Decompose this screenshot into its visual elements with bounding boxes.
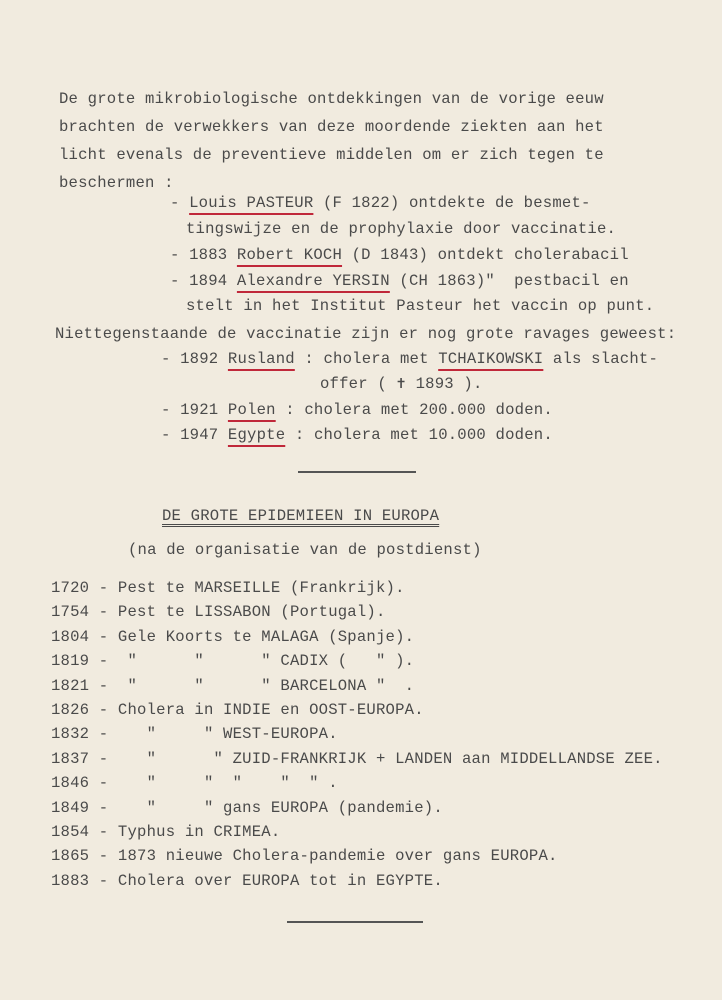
discovery-continuation: stelt in het Institut Pasteur het vaccin… (186, 296, 654, 316)
separator: - (89, 603, 118, 621)
separator: - (89, 725, 118, 743)
separator: - (89, 701, 118, 719)
epidemic-text: " " " BARCELONA " . (118, 677, 414, 695)
ravage-item: - 1892 Rusland : cholera met TCHAIKOWSKI… (161, 349, 658, 369)
separator: - (89, 677, 118, 695)
typed-document-page: De grote mikrobiologische ontdekkingen v… (0, 0, 722, 1000)
epidemic-text: Cholera over EUROPA tot in EGYPTE. (118, 872, 443, 890)
epidemic-year: 1804 (51, 628, 89, 646)
epidemic-row: 1854 - Typhus in CRIMEA. (51, 822, 280, 842)
ravage-item: - 1947 Egypte : cholera met 10.000 doden… (161, 425, 553, 445)
epidemic-year: 1754 (51, 603, 89, 621)
underlined-name: Robert KOCH (237, 246, 342, 264)
epidemic-year: 1849 (51, 799, 89, 817)
epidemic-row: 1754 - Pest te LISSABON (Portugal). (51, 602, 386, 622)
epidemic-year: 1720 (51, 579, 89, 597)
underlined-name: Alexandre YERSIN (237, 272, 390, 290)
ravage-continuation: offer ( ✝ 1893 ). (320, 374, 483, 394)
separator: - (89, 847, 118, 865)
epidemic-text: " " WEST-EUROPA. (118, 725, 338, 743)
underlined-name: Louis PASTEUR (189, 194, 313, 212)
epidemic-text: " " " CADIX ( " ). (118, 652, 414, 670)
epidemic-row: 1804 - Gele Koorts te MALAGA (Spanje). (51, 627, 414, 647)
separator: - (89, 774, 118, 792)
epidemic-row: 1821 - " " " BARCELONA " . (51, 676, 414, 696)
epidemic-year: 1854 (51, 823, 89, 841)
epidemic-text: 1873 nieuwe Cholera-pandemie over gans E… (118, 847, 558, 865)
divider (298, 471, 416, 473)
epidemic-row: 1837 - " " ZUID-FRANKRIJK + LANDEN aan M… (51, 749, 663, 769)
underlined-person: TCHAIKOWSKI (438, 350, 543, 368)
epidemic-row: 1832 - " " WEST-EUROPA. (51, 724, 338, 744)
epidemic-row: 1846 - " " " " " . (51, 773, 338, 793)
intro-line: brachten de verwekkers van deze moordend… (59, 117, 604, 137)
discovery-item: - Louis PASTEUR (F 1822) ontdekte de bes… (170, 193, 591, 213)
discovery-item: - 1894 Alexandre YERSIN (CH 1863)" pestb… (170, 271, 629, 291)
epidemic-year: 1826 (51, 701, 89, 719)
section-title: DE GROTE EPIDEMIEEN IN EUROPA (162, 506, 439, 526)
epidemic-text: Gele Koorts te MALAGA (Spanje). (118, 628, 414, 646)
epidemic-text: " " " " " . (118, 774, 338, 792)
epidemic-row: 1849 - " " gans EUROPA (pandemie). (51, 798, 443, 818)
separator: - (89, 750, 118, 768)
epidemic-text: Pest te LISSABON (Portugal). (118, 603, 386, 621)
divider (287, 921, 423, 923)
epidemic-row: 1819 - " " " CADIX ( " ). (51, 651, 414, 671)
underlined-place: Rusland (228, 350, 295, 368)
ravage-item: - 1921 Polen : cholera met 200.000 doden… (161, 400, 553, 420)
epidemic-text: " " ZUID-FRANKRIJK + LANDEN aan MIDDELLA… (118, 750, 663, 768)
separator: - (89, 872, 118, 890)
epidemic-year: 1819 (51, 652, 89, 670)
separator: - (89, 799, 118, 817)
epidemic-year: 1883 (51, 872, 89, 890)
epidemic-text: Cholera in INDIE en OOST-EUROPA. (118, 701, 424, 719)
intro-line: De grote mikrobiologische ontdekkingen v… (59, 89, 604, 109)
epidemic-year: 1821 (51, 677, 89, 695)
underlined-place: Egypte (228, 426, 285, 444)
epidemic-row: 1865 - 1873 nieuwe Cholera-pandemie over… (51, 846, 558, 866)
epidemic-row: 1826 - Cholera in INDIE en OOST-EUROPA. (51, 700, 424, 720)
separator: - (89, 652, 118, 670)
epidemic-row: 1883 - Cholera over EUROPA tot in EGYPTE… (51, 871, 443, 891)
epidemic-year: 1832 (51, 725, 89, 743)
underlined-place: Polen (228, 401, 276, 419)
ravages-intro: Niettegenstaande de vaccinatie zijn er n… (55, 324, 676, 344)
epidemic-text: " " gans EUROPA (pandemie). (118, 799, 443, 817)
epidemic-text: Pest te MARSEILLE (Frankrijk). (118, 579, 405, 597)
epidemic-year: 1865 (51, 847, 89, 865)
separator: - (89, 628, 118, 646)
intro-line: licht evenals de preventieve middelen om… (59, 145, 604, 165)
section-subtitle: (na de organisatie van de postdienst) (128, 540, 482, 560)
discovery-item: - 1883 Robert KOCH (D 1843) ontdekt chol… (170, 245, 629, 265)
separator: - (89, 823, 118, 841)
intro-line: beschermen : (59, 173, 174, 193)
epidemic-text: Typhus in CRIMEA. (118, 823, 280, 841)
epidemic-row: 1720 - Pest te MARSEILLE (Frankrijk). (51, 578, 405, 598)
separator: - (89, 579, 118, 597)
epidemic-year: 1837 (51, 750, 89, 768)
discovery-continuation: tingswijze en de prophylaxie door vaccin… (186, 219, 616, 239)
epidemic-year: 1846 (51, 774, 89, 792)
